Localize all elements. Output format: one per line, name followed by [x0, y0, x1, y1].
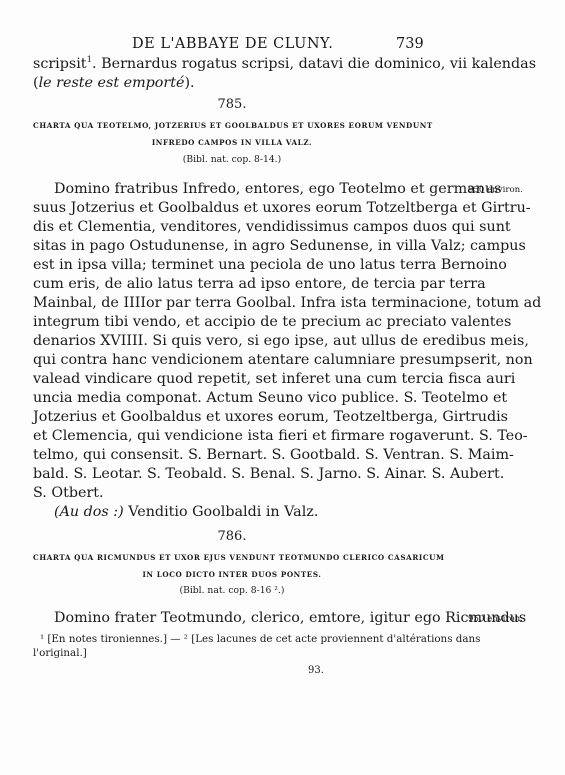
- charter-caption-line-1: CHARTA QUA TEOTELMO, JOTZERIUS ET GOOLBA…: [33, 121, 431, 130]
- footnote-line-2: l'original.]: [33, 646, 87, 660]
- charter-caption-line-2: IN LOCO DICTO INTER DUOS PONTES.: [33, 570, 431, 579]
- body-line: telmo, qui consensit. S. Bernart. S. Goo…: [33, 446, 431, 465]
- continuation-line-2: (le reste est emporté).: [33, 74, 431, 93]
- charter-caption-line-2: INFREDO CAMPOS IN VILLA VALZ.: [33, 138, 431, 147]
- signature-mark: 93.: [308, 665, 324, 676]
- body-line: Domino fratribus Infredo, entores, ego T…: [54, 180, 431, 199]
- body-line: dis et Clementia, venditores, vendidissi…: [33, 218, 431, 237]
- charter-number: 786.: [33, 529, 431, 544]
- body-line: S. Otbert.: [33, 484, 431, 503]
- charter-caption-line-1: CHARTA QUA RICMUNDUS ET UXOR EJUS VENDUN…: [33, 553, 431, 562]
- body-line: uncia media componat. Actum Seuno vico p…: [33, 389, 431, 408]
- body-line: denarios XVIIII. Si quis vero, si ego ip…: [33, 332, 431, 351]
- body-line: Jotzerius et Goolbaldus et uxores eorum,…: [33, 408, 431, 427]
- endorsement: (Au dos :) Venditio Goolbaldi in Valz.: [54, 503, 431, 522]
- body-line: Domino frater Teotmundo, clerico, emtore…: [54, 609, 431, 628]
- charter-source: (Bibl. nat. cop. 8-16 ².): [33, 585, 431, 596]
- page-number: 739: [396, 36, 424, 52]
- body-line: bald. S. Leotar. S. Teobald. S. Benal. S…: [33, 465, 431, 484]
- charter-source: (Bibl. nat. cop. 8-14.): [33, 154, 431, 165]
- continuation-line-1: scripsit1. Bernardus rogatus scripsi, da…: [33, 55, 431, 74]
- document-page: DE L'ABBAYE DE CLUNY. 739 scripsit1. Ber…: [0, 0, 565, 775]
- footnote-line-1: ¹ [En notes tironiennes.] — ² [Les lacun…: [40, 632, 480, 646]
- charter-number: 785.: [33, 97, 431, 112]
- body-line: cum eris, de alio latus terra ad ipso en…: [33, 275, 431, 294]
- body-line: et Clemencia, qui vendicione ista fieri …: [33, 427, 431, 446]
- body-line: qui contra hanc vendicionem atentare cal…: [33, 351, 431, 370]
- running-head: DE L'ABBAYE DE CLUNY.: [132, 36, 333, 52]
- body-line: est in ipsa villa; terminet una peciola …: [33, 256, 431, 275]
- body-line: sitas in pago Ostudunense, in agro Sedun…: [33, 237, 431, 256]
- body-line: integrum tibi vendo, et accipio de te pr…: [33, 313, 431, 332]
- body-line: valead vindicare quod repetit, set infer…: [33, 370, 431, 389]
- body-line: Mainbal, de IIIIor par terra Goolbal. In…: [33, 294, 431, 313]
- body-line: suus Jotzerius et Goolbaldus et uxores e…: [33, 199, 431, 218]
